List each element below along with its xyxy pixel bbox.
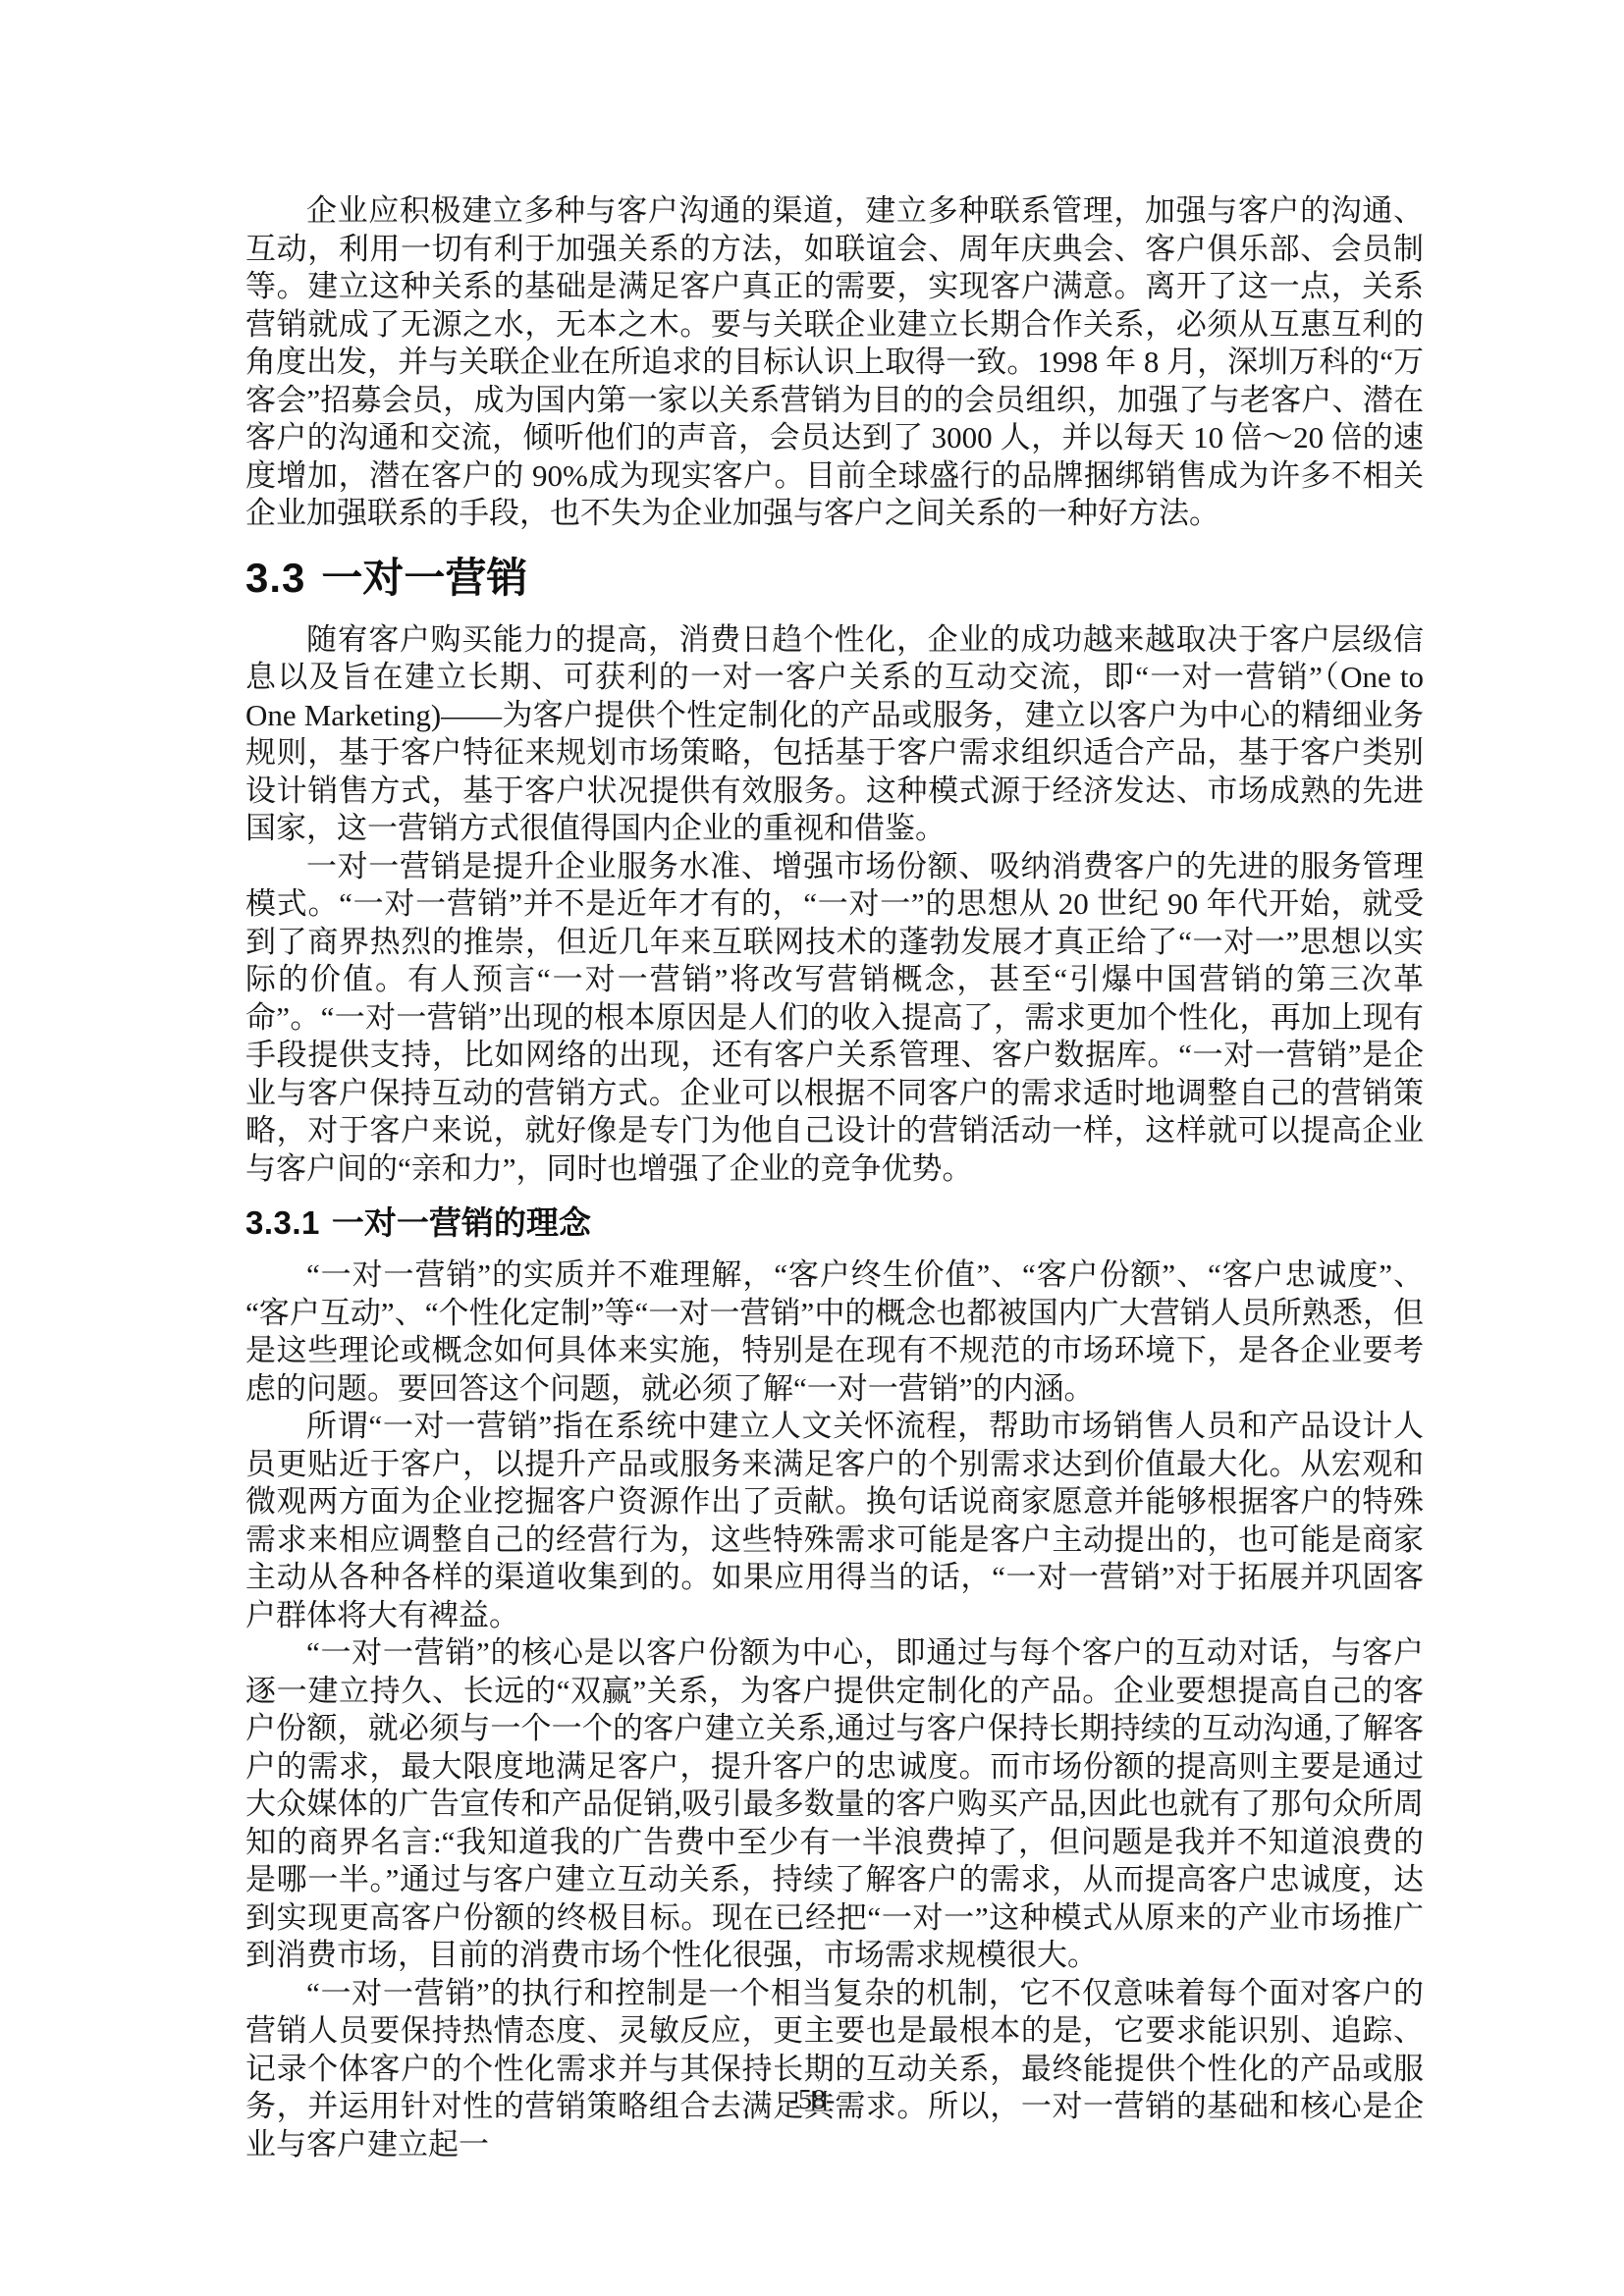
- paragraph-one-to-one-intro: 随宥客户购买能力的提高，消费日趋个性化，企业的成功越来越取决于客户层级信息以及旨…: [245, 621, 1424, 848]
- section-heading-3-3: 3.3一对一营销: [245, 551, 1424, 606]
- subsection-number: 3.3.1: [245, 1204, 320, 1241]
- paragraph-customer-share-core: “一对一营销”的核心是以客户份额为中心，即通过与每个客户的互动对话，与客户逐一建…: [245, 1634, 1424, 1975]
- paragraph-execution-control: “一对一营销”的执行和控制是一个相当复杂的机制，它不仅意味着每个面对客户的营销人…: [245, 1975, 1424, 2164]
- page-number: -58-: [0, 2085, 1624, 2116]
- paragraph-concept-essence: “一对一营销”的实质并不难理解，“客户终生价值”、“客户份额”、“客户忠诚度”、…: [245, 1256, 1424, 1408]
- subsection-heading-3-3-1: 3.3.1一对一营销的理念: [245, 1201, 1424, 1245]
- section-title: 一对一营销: [321, 555, 527, 601]
- document-page: { "page": { "footer": { "page_number": "…: [0, 0, 1624, 2296]
- section-number: 3.3: [245, 555, 305, 601]
- paragraph-concept-definition: 所谓“一对一营销”指在系统中建立人文关怀流程，帮助市场销售人员和产品设计人员更贴…: [245, 1408, 1424, 1634]
- page-content: 企业应积极建立多种与客户沟通的渠道，建立多种联系管理，加强与客户的沟通、互动，利…: [245, 0, 1424, 2163]
- paragraph-one-to-one-history: 一对一营销是提升企业服务水准、增强市场份额、吸纳消费客户的先进的服务管理模式。“…: [245, 848, 1424, 1189]
- paragraph-relationship-marketing: 企业应积极建立多种与客户沟通的渠道，建立多种联系管理，加强与客户的沟通、互动，利…: [245, 192, 1424, 533]
- subsection-title: 一对一营销的理念: [332, 1204, 591, 1241]
